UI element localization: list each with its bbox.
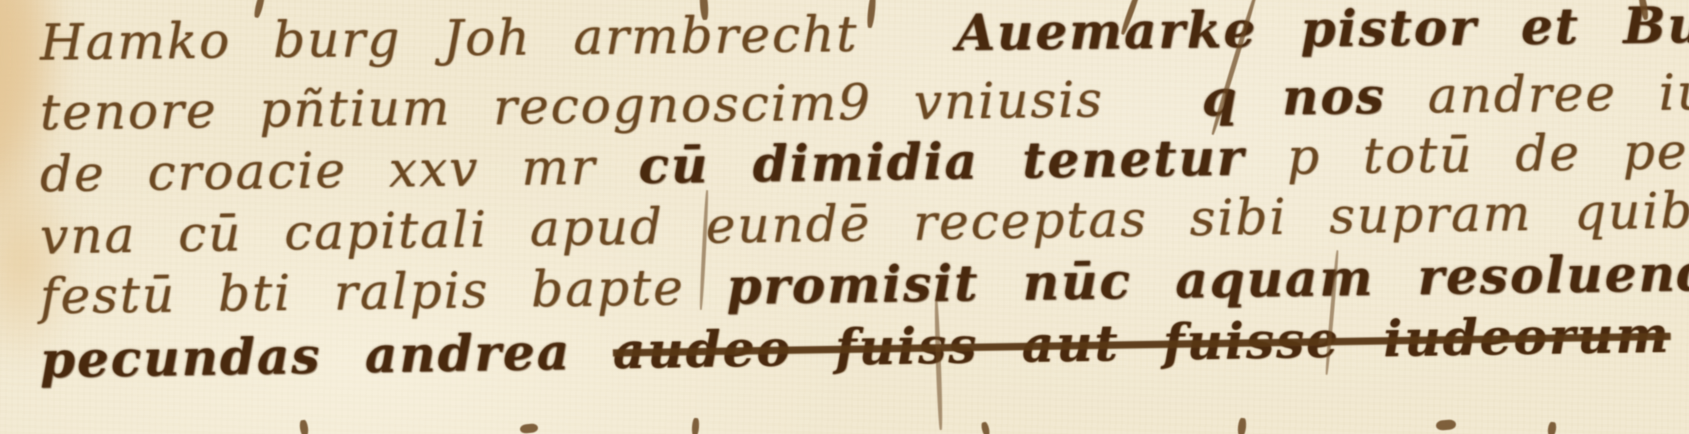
manuscript-text: andree iudeo (1427, 62, 1689, 125)
manuscript-text: p totū de pecūia vsurali (1287, 118, 1689, 186)
struck-text: audeo fuiss aut fuisse iudeorum (612, 305, 1670, 381)
manuscript-text: promisit nūc aquam resoluendas (726, 242, 1689, 316)
cropped-stroke (691, 418, 699, 434)
manuscript-line: Hamko burg Joh armbrecht Auemarke pistor… (0, 0, 1689, 72)
manuscript-text: Auemarke pistor et Bunko (956, 0, 1689, 62)
manuscript-text: cū dimidia tenetur (638, 128, 1245, 195)
manuscript-text: supram quibusdam sup (1329, 176, 1689, 245)
manuscript-lines: Hamko burg Joh armbrecht Auemarke pistor… (0, 0, 1689, 434)
manuscript-text: Hamko burg Joh armbrecht (40, 5, 859, 72)
manuscript-page: Hamko burg Joh armbrecht Auemarke pistor… (0, 0, 1689, 434)
manuscript-text: festū bti ralpis bapte (40, 258, 685, 325)
manuscript-text: de croacie xxv mr (40, 138, 597, 204)
manuscript-text: pecundas andrea (40, 322, 572, 389)
